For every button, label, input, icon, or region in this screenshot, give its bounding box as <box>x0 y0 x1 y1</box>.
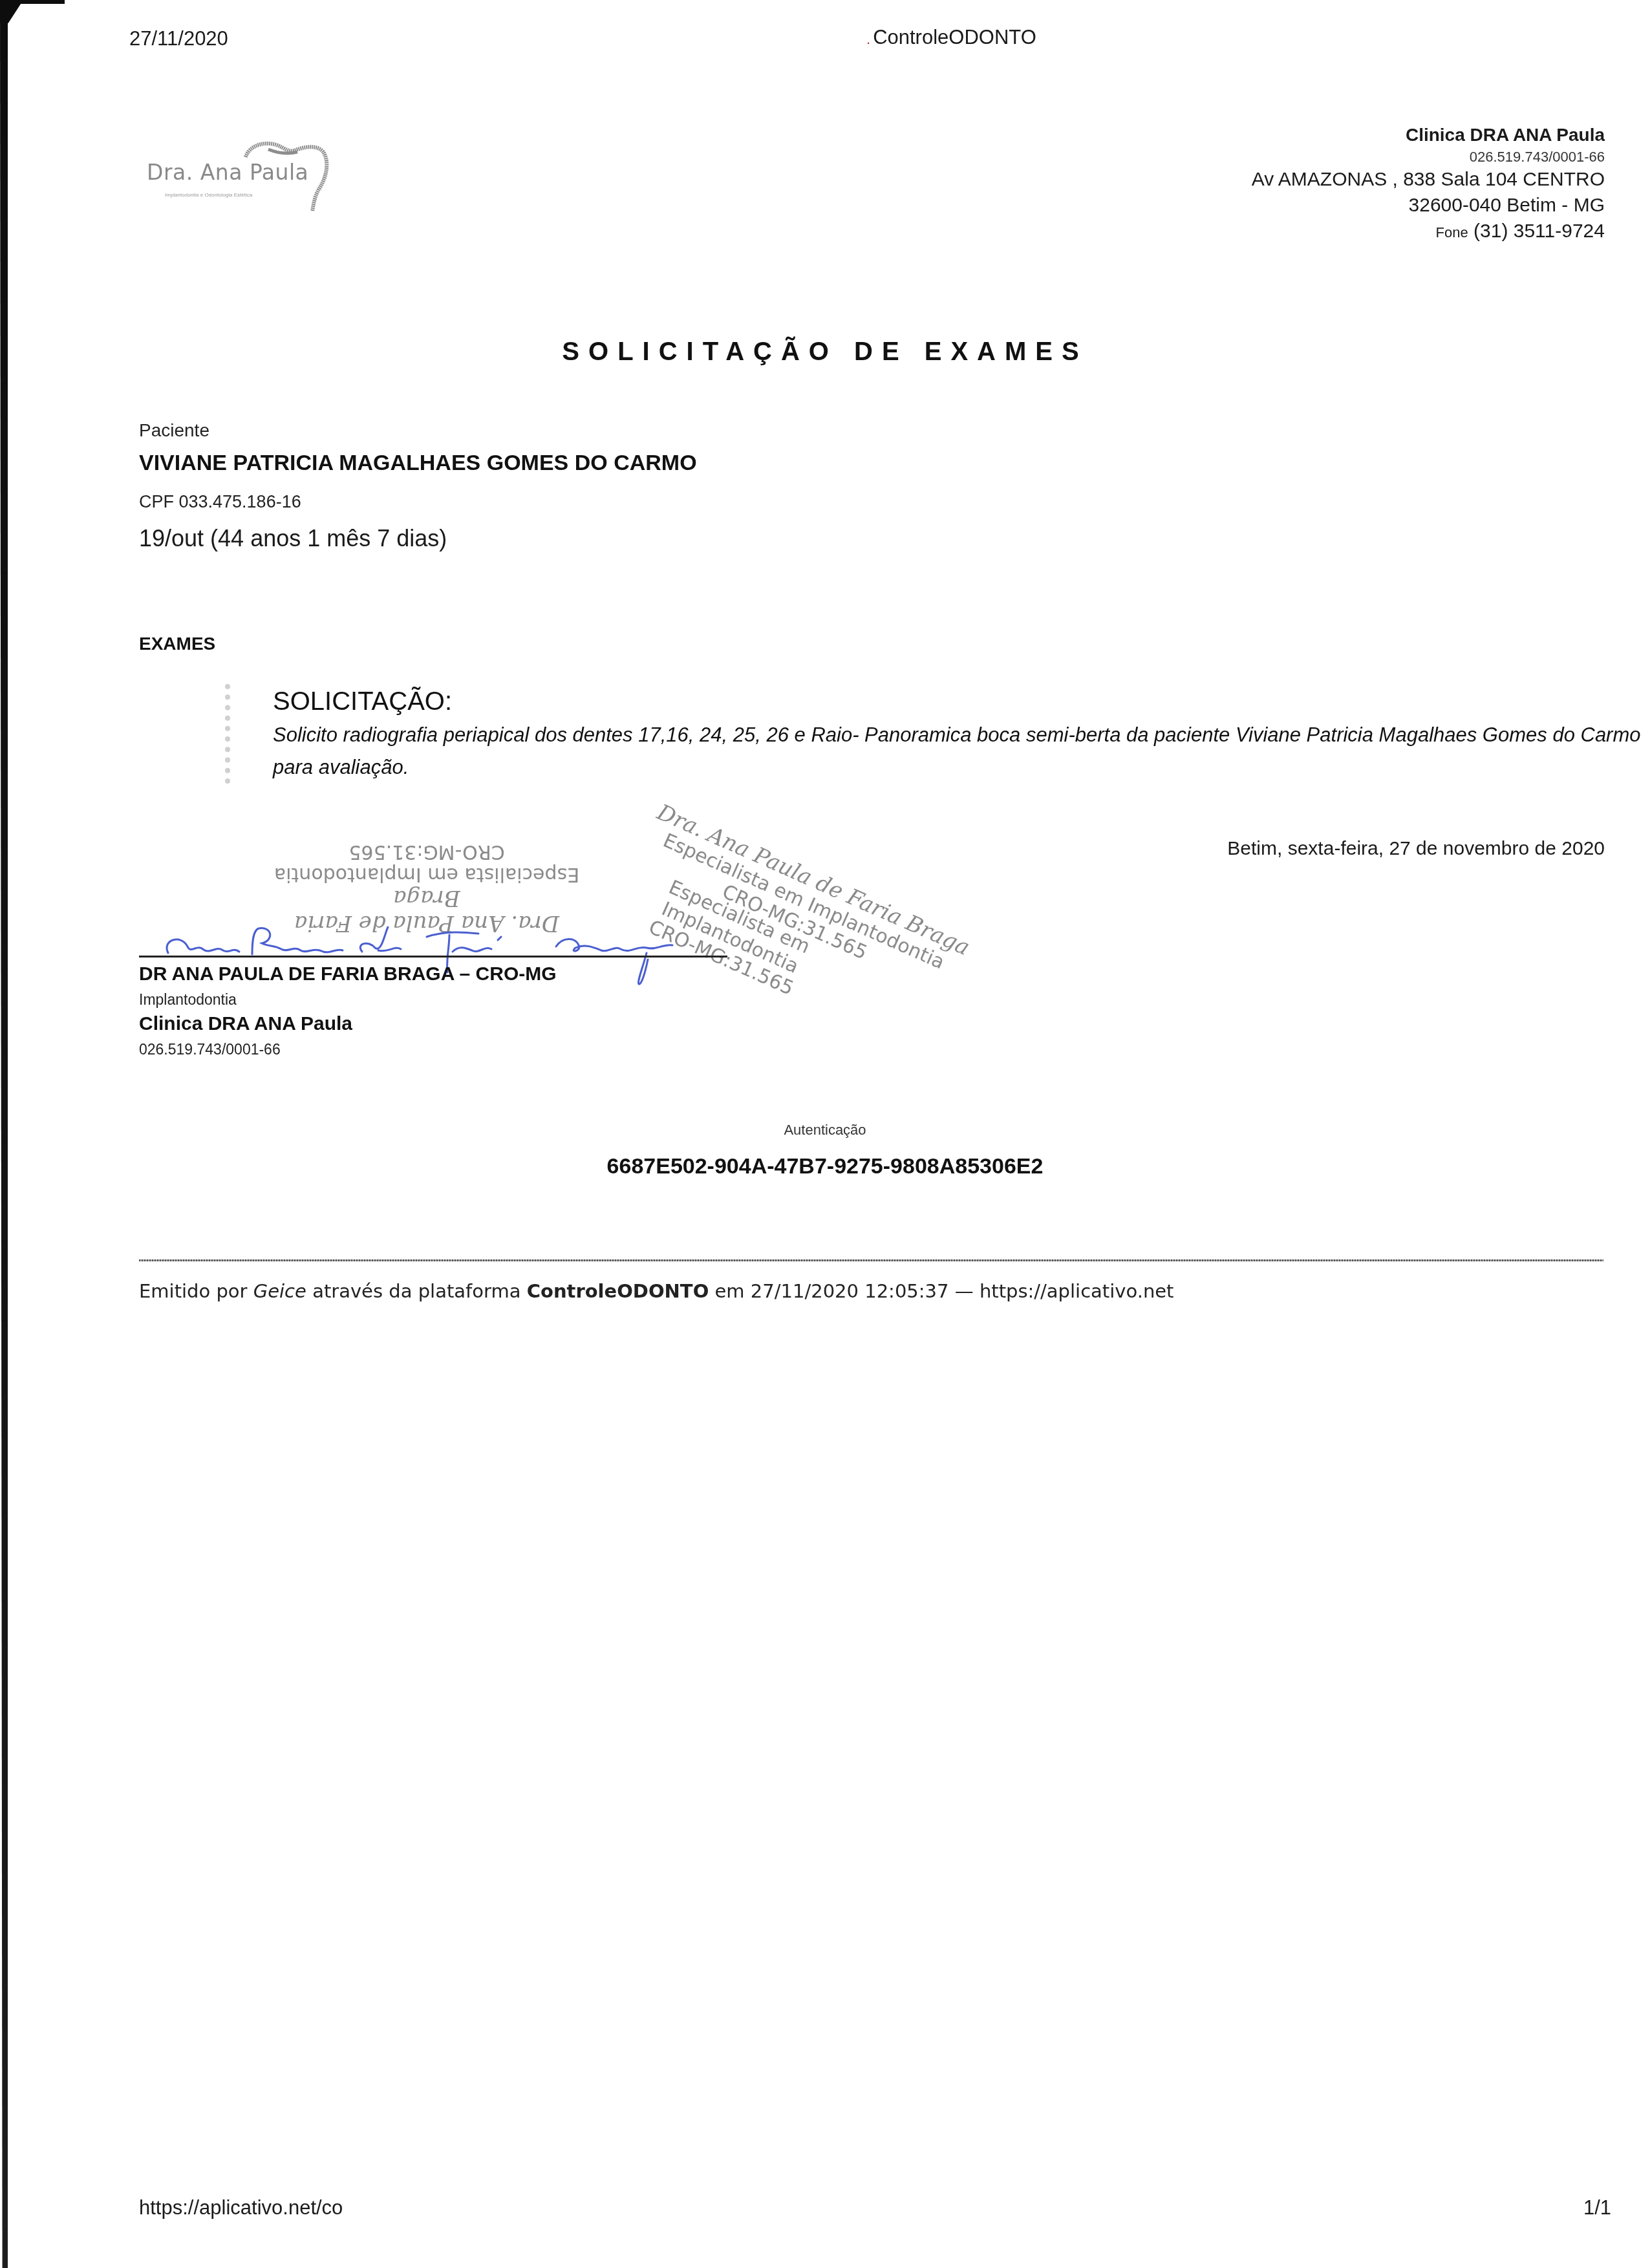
emitted-timestamp: em 27/11/2020 12:05:37 — <box>715 1280 974 1302</box>
patient-name: VIVIANE PATRICIA MAGALHAES GOMES DO CARM… <box>139 445 697 481</box>
authentication-code: 6687E502-904A-47B7-9275-9808A85306E2 <box>0 1148 1650 1184</box>
signer-cnpj: 026.519.743/0001-66 <box>139 1038 557 1060</box>
emitted-url-link[interactable]: https://aplicativo.net <box>980 1280 1174 1302</box>
signer-specialty: Implantodontia <box>139 989 557 1010</box>
clinic-address: Av AMAZONAS , 838 Sala 104 CENTRO <box>1252 167 1605 193</box>
emitted-middle: através da plataforma <box>312 1280 520 1302</box>
phone-label: Fone <box>1436 224 1468 241</box>
clinic-cnpj: 026.519.743/0001-66 <box>1252 147 1605 167</box>
authentication-block: Autenticação 6687E502-904A-47B7-9275-980… <box>0 1117 1650 1184</box>
patient-label: Paciente <box>139 419 697 442</box>
speck: . <box>866 31 870 47</box>
emitted-user: Geice <box>253 1280 306 1302</box>
logo-text: Dra. Ana Paula <box>147 160 308 185</box>
emitted-platform: ControleODONTO <box>527 1280 709 1302</box>
clinic-phone: Fone (31) 3511-9724 <box>1252 219 1605 246</box>
stamp-cro: CRO-MG:31.565 <box>259 840 595 863</box>
signer-clinic: Clinica DRA ANA Paula <box>139 1010 557 1038</box>
logo-subtitle: Implantodontia e Odontologia Estética <box>165 192 252 198</box>
clinic-header: Clinica DRA ANA Paula 026.519.743/0001-6… <box>1252 123 1605 246</box>
print-footer-url: https://aplicativo.net/co <box>139 2196 343 2220</box>
authentication-label: Autenticação <box>0 1117 1650 1143</box>
place-date: Betim, sexta-feira, 27 de novembro de 20… <box>1227 838 1605 860</box>
scan-corner <box>0 0 23 23</box>
clinic-logo: Dra. Ana Paula Implantodontia e Odontolo… <box>139 133 346 217</box>
stamp-specialty: Especialista em Implantodontia <box>259 863 595 886</box>
exams-heading: EXAMES <box>139 634 215 654</box>
clinic-name: Clinica DRA ANA Paula <box>1252 123 1605 147</box>
clinic-city: 32600-040 Betim - MG <box>1252 193 1605 219</box>
footer-divider <box>139 1259 1603 1261</box>
exam-request: SOLICITAÇÃO: Solicito radiografia periap… <box>225 684 1650 784</box>
signature-line <box>139 956 727 957</box>
emitted-prefix: Emitido por <box>139 1280 248 1302</box>
phone-number: (31) 3511-9724 <box>1473 220 1605 242</box>
print-header-date: 27/11/2020 <box>129 27 228 50</box>
request-title: SOLICITAÇÃO: <box>273 684 1650 719</box>
document-title: SOLICITAÇÃO DE EXAMES <box>0 337 1650 367</box>
signer-block: DR ANA PAULA DE FARIA BRAGA – CRO-MG Imp… <box>139 958 557 1060</box>
patient-age: 19/out (44 anos 1 mês 7 dias) <box>139 522 697 555</box>
patient-block: Paciente VIVIANE PATRICIA MAGALHAES GOME… <box>139 419 697 555</box>
print-footer-page: 1/1 <box>1583 2196 1611 2220</box>
signer-name: DR ANA PAULA DE FARIA BRAGA – CRO-MG <box>139 959 557 989</box>
patient-cpf: CPF 033.475.186-16 <box>139 489 697 515</box>
print-header-title: .ControleODONTO <box>866 26 1036 49</box>
request-body: Solicito radiografia periapical dos dent… <box>273 719 1650 784</box>
print-header-title-text: ControleODONTO <box>873 26 1036 48</box>
emitted-by-line: Emitido por Geice através da plataforma … <box>139 1280 1173 1302</box>
